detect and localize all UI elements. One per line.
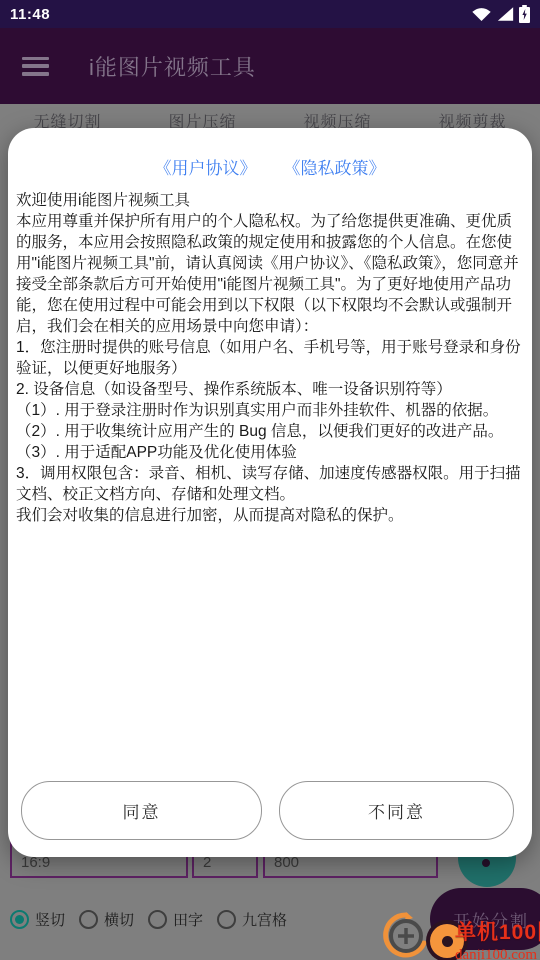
- radio-nine-grid[interactable]: 九宫格: [217, 909, 301, 930]
- status-icons: [471, 5, 530, 23]
- split-mode-radio-group: 竖切 横切 田字 九宫格: [0, 905, 430, 933]
- privacy-paragraph: 1．您注册时提供的账号信息（如用户名、手机号等，用于账号登录和身份验证，以便更好…: [16, 337, 524, 379]
- privacy-paragraph: （1）. 用于登录注册时作为识别真实用户而非外挂软件、机器的依据。: [16, 400, 524, 421]
- radio-circle-icon: [10, 910, 29, 929]
- agree-button[interactable]: 同意: [21, 781, 262, 840]
- privacy-paragraph: 3．调用权限包含：录音、相机、读写存储、加速度传感器权限。用于扫描文档、校正文档…: [16, 463, 524, 505]
- start-split-label: 开始分割: [453, 907, 529, 932]
- status-bar: 11:48: [0, 0, 540, 28]
- wifi-icon: [471, 6, 492, 22]
- privacy-paragraph: 欢迎使用i能图片视频工具: [16, 190, 524, 211]
- radio-circle-icon: [79, 910, 98, 929]
- privacy-dialog: 《用户协议》 《隐私政策》 欢迎使用i能图片视频工具 本应用尊重并保护所有用户的…: [8, 128, 532, 857]
- privacy-paragraph: 本应用尊重并保护所有用户的个人隐私权。为了给您提供更准确、更优质的服务，本应用会…: [16, 211, 524, 337]
- status-time: 11:48: [10, 6, 50, 23]
- screen: 11:48 i能图片视频工具 无缝切割 图片压缩 视频压缩 视频剪裁 1: [0, 0, 540, 960]
- signal-icon: [497, 6, 514, 22]
- battery-icon: [519, 5, 530, 23]
- disagree-button[interactable]: 不同意: [279, 781, 514, 840]
- radio-vertical-cut[interactable]: 竖切: [10, 909, 79, 930]
- dialog-links: 《用户协议》 《隐私政策》: [8, 154, 532, 179]
- user-agreement-link[interactable]: 《用户协议》: [155, 154, 257, 179]
- radio-four-grid[interactable]: 田字: [148, 909, 217, 930]
- radio-horizontal-cut[interactable]: 横切: [79, 909, 148, 930]
- privacy-policy-link[interactable]: 《隐私政策》: [284, 154, 386, 179]
- app-title: i能图片视频工具: [89, 51, 256, 82]
- radio-circle-icon: [148, 910, 167, 929]
- privacy-paragraph: （3）. 用于适配APP功能及优化使用体验: [16, 442, 524, 463]
- fab-icon: [482, 859, 490, 867]
- radio-circle-icon: [217, 910, 236, 929]
- start-split-button[interactable]: 开始分割: [430, 888, 540, 950]
- privacy-text: 欢迎使用i能图片视频工具 本应用尊重并保护所有用户的个人隐私权。为了给您提供更准…: [8, 190, 532, 526]
- privacy-paragraph: 我们会对收集的信息进行加密，从而提高对隐私的保护。: [16, 505, 524, 526]
- app-bar: i能图片视频工具: [0, 28, 540, 104]
- privacy-paragraph: 2. 设备信息（如设备型号、操作系统版本、唯一设备识别符等）: [16, 379, 524, 400]
- menu-icon[interactable]: [22, 57, 49, 76]
- privacy-paragraph: （2）. 用于收集统计应用产生的 Bug 信息，以便我们更好的改进产品。: [16, 421, 524, 442]
